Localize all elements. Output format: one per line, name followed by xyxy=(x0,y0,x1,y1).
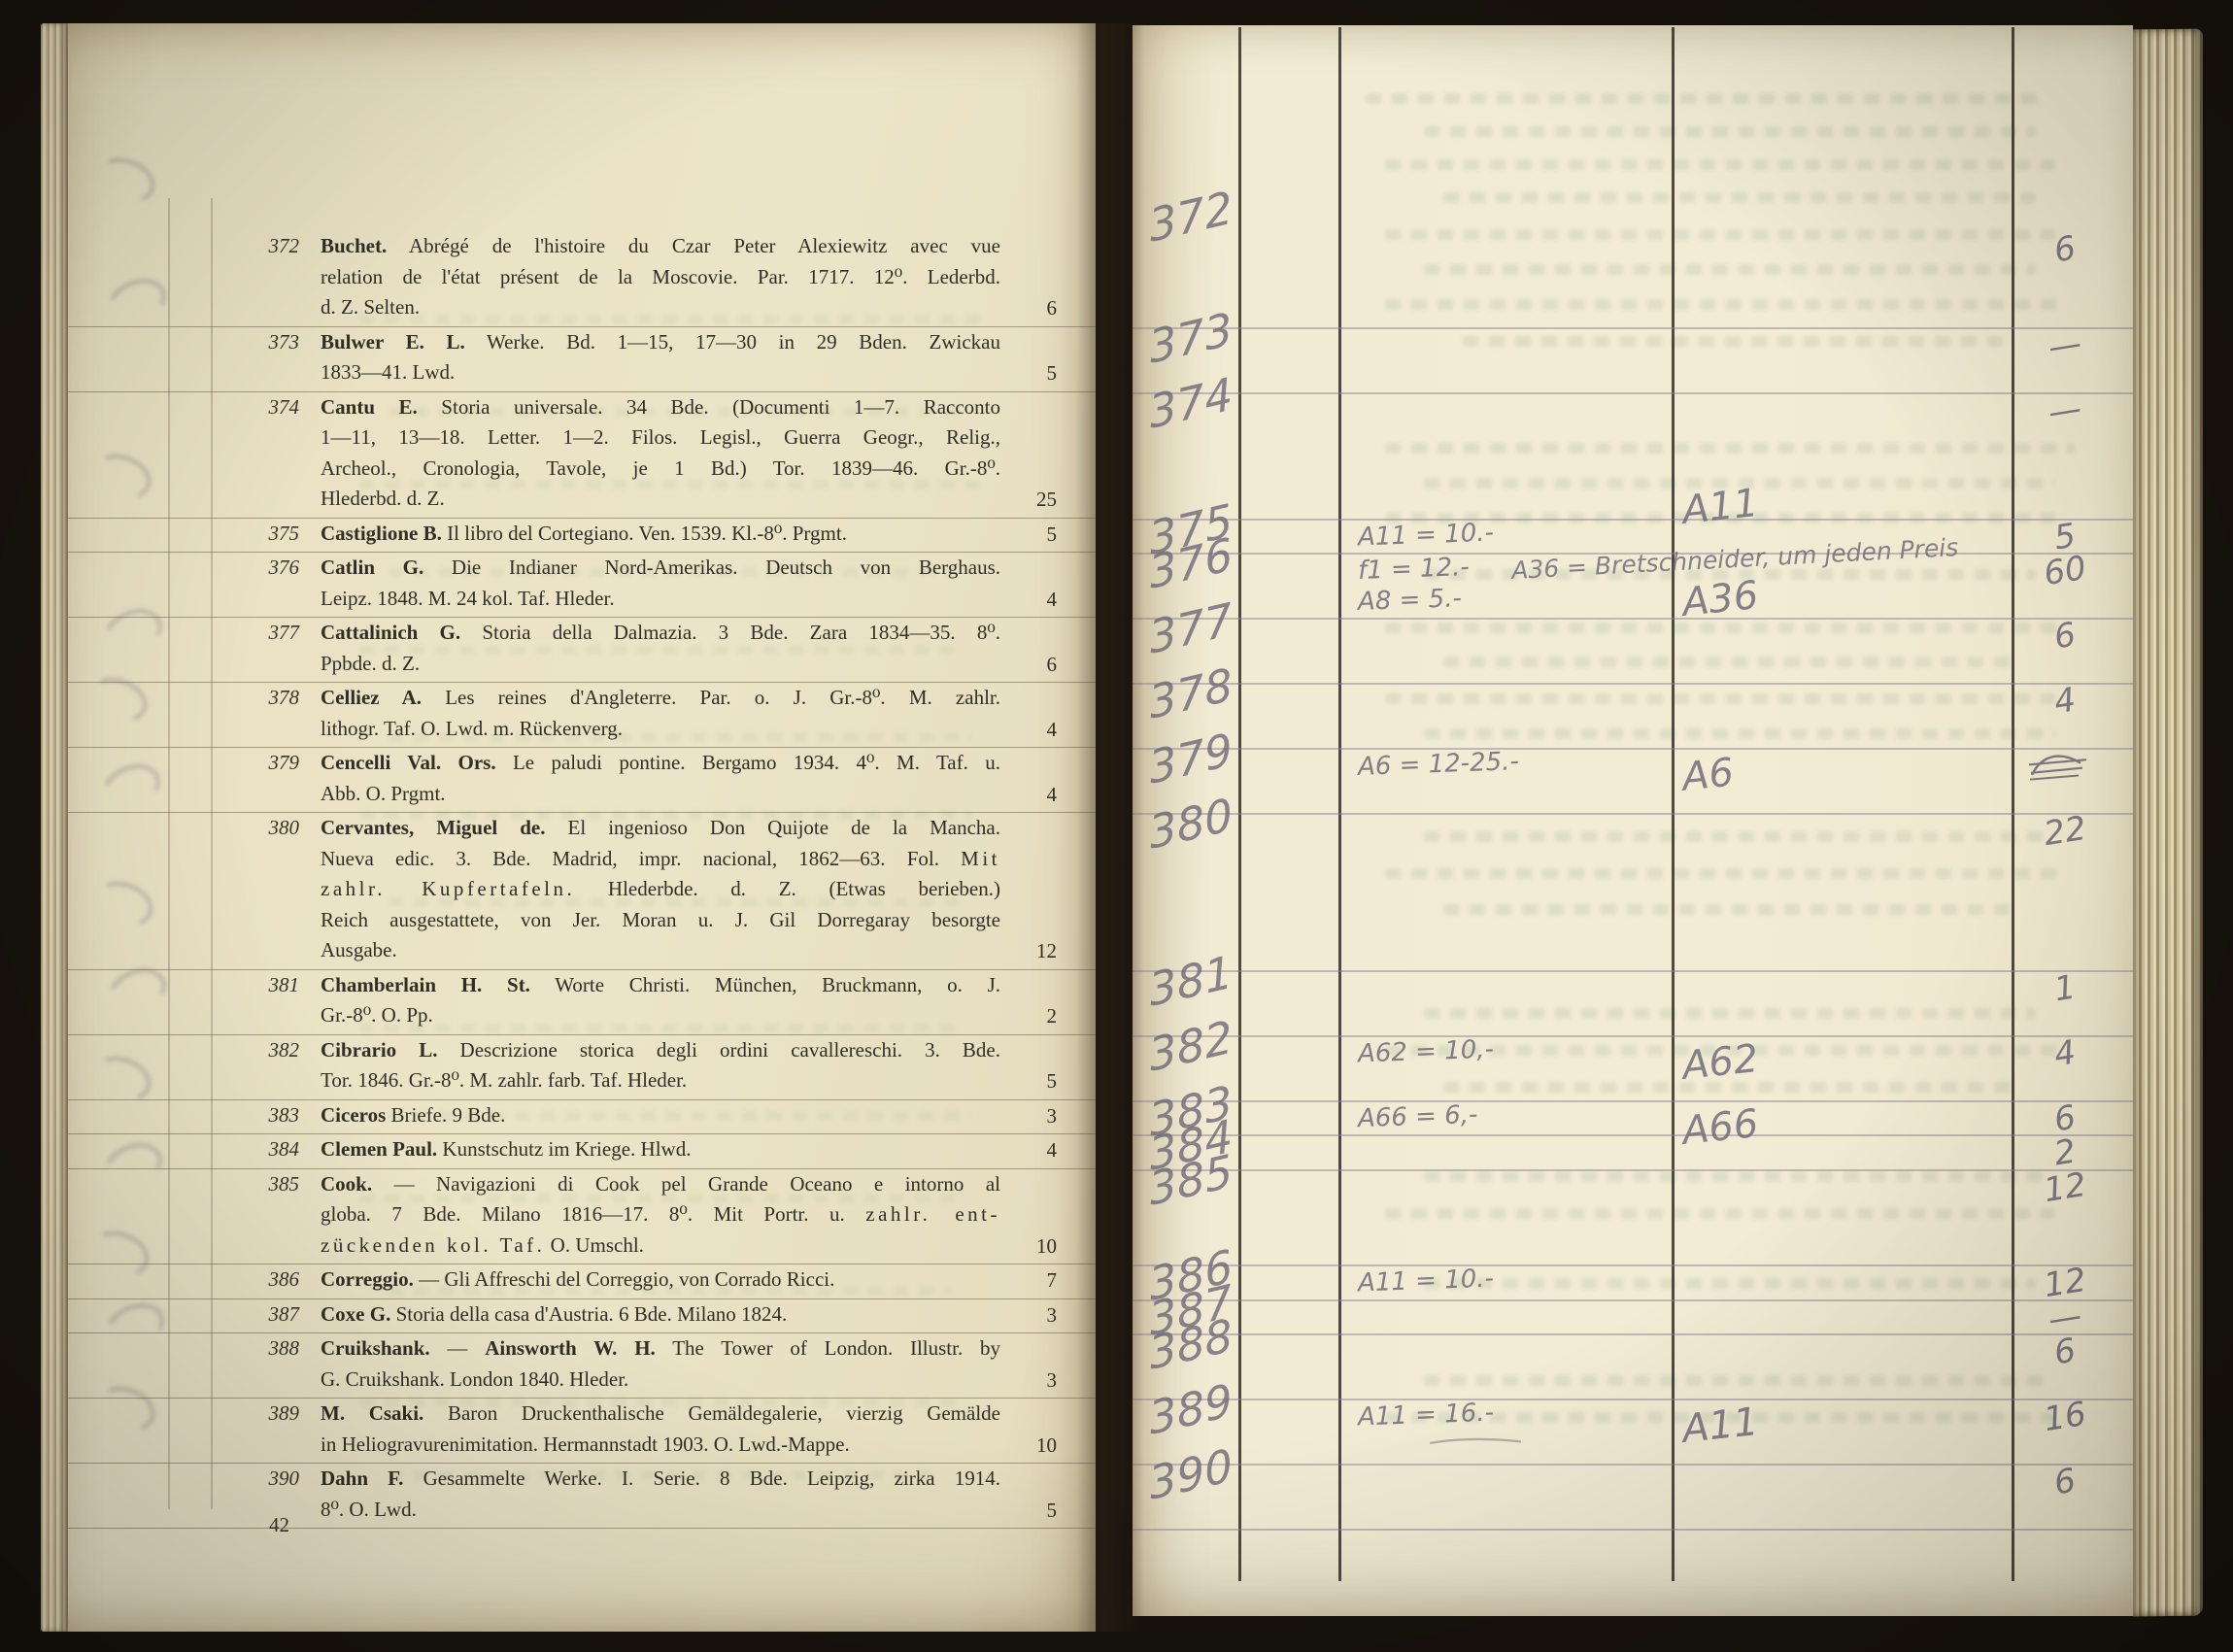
ledger-row: 3726 xyxy=(1133,233,2133,329)
entry-number: 374 xyxy=(68,392,321,518)
entry-text-line: Castiglione B. Il libro del Cortegiano. … xyxy=(321,519,1000,550)
entry-text-line: in Heliogravurenimitation. Hermannstadt … xyxy=(321,1430,1000,1461)
entry-text-segment: Le paludi pontine. Bergamo 1934. 4⁰. M. … xyxy=(496,751,1000,774)
catalog-entry: 379Cencelli Val. Ors. Le paludi pontine.… xyxy=(68,748,1096,813)
entry-text-line: 8⁰. O. Lwd. xyxy=(321,1495,1000,1526)
entry-text-segment: Ppbde. d. Z. xyxy=(321,652,420,675)
ledger-row: 38916A11 = 16.-A11 xyxy=(1133,1400,2133,1466)
entry-price: 6 xyxy=(1000,293,1057,326)
entry-number: 386 xyxy=(68,1264,321,1298)
catalog-entries: 372Buchet. Abrégé de l'histoire du Czar … xyxy=(68,231,1096,1529)
entry-text-line: Correggio. — Gli Affreschi del Correggio… xyxy=(321,1264,1000,1296)
entry-text-segment: O. Umschl. xyxy=(545,1233,644,1257)
right-page-stack-edge xyxy=(2133,29,2203,1617)
entry-text: Clemen Paul. Kunstschutz im Kriege. Hlwd… xyxy=(321,1134,1000,1168)
entry-text-line: Cattalinich G. Storia della Dalmazia. 3 … xyxy=(321,618,1000,649)
entry-price: 5 xyxy=(1000,358,1057,391)
catalog-entry: 383Ciceros Briefe. 9 Bde.3 xyxy=(68,1100,1096,1135)
entry-text-line: M. Csaki. Baron Druckenthalische Gemälde… xyxy=(321,1399,1000,1430)
entry-author: Cattalinich G. xyxy=(321,621,460,644)
entry-text: Celliez A. Les reines d'Angleterre. Par.… xyxy=(321,683,1000,747)
entry-text-line: G. Cruikshank. London 1840. Hleder. xyxy=(321,1365,1000,1396)
catalog-entry: 373Bulwer E. L. Werke. Bd. 1—15, 17—30 i… xyxy=(68,327,1096,392)
entry-price: 10 xyxy=(1000,1231,1057,1264)
entry-text-line: Cruikshank. — Ainsworth W. H. The Tower … xyxy=(321,1333,1000,1365)
catalog-entry: 388Cruikshank. — Ainsworth W. H. The Tow… xyxy=(68,1333,1096,1399)
bleed-through-text-line xyxy=(1424,126,2036,137)
catalog-entry: 386Correggio. — Gli Affreschi del Correg… xyxy=(68,1264,1096,1299)
entry-text-line: Reich ausgestattete, von Jer. Moran u. J… xyxy=(321,905,1000,936)
entry-price: 3 xyxy=(1000,1365,1057,1399)
catalog-entry: 372Buchet. Abrégé de l'histoire du Czar … xyxy=(68,231,1096,327)
entry-text: Cruikshank. — Ainsworth W. H. The Tower … xyxy=(321,1333,1000,1398)
entry-text-segment: Worte Christi. München, Bruckmann, o. J. xyxy=(530,973,1000,996)
entry-text-segment: d. Z. Selten. xyxy=(321,295,420,319)
handwritten-note: A8 = 5.- xyxy=(1358,586,1463,615)
entry-text-segment: Reich ausgestattete, von Jer. Moran u. J… xyxy=(321,908,1000,931)
entry-text-segment: Storia della Dalmazia. 3 Bde. Zara 1834—… xyxy=(460,621,1000,644)
bleed-through-mark xyxy=(90,151,161,210)
handwritten-entry-number: 372 xyxy=(1147,185,1235,249)
entry-author: Celliez A. xyxy=(321,686,422,709)
entry-text-line: Tor. 1846. Gr.-8⁰. M. zahlr. farb. Taf. … xyxy=(321,1065,1000,1096)
entry-text-segment: Archeol., Cronologia, Tavole, je 1 Bd.) … xyxy=(321,456,1000,480)
entry-text-segment: — Gli Affreschi del Correggio, von Corra… xyxy=(414,1267,835,1291)
entry-number: 387 xyxy=(68,1299,321,1333)
entry-text: Castiglione B. Il libro del Cortegiano. … xyxy=(321,519,1000,553)
entry-text: Dahn F. Gesammelte Werke. I. Serie. 8 Bd… xyxy=(321,1464,1000,1528)
entry-author: Cervantes, Miguel de. xyxy=(321,816,546,839)
entry-number: 384 xyxy=(68,1134,321,1168)
entry-text-line: zahlr. Kupfertafeln. Hlederbde. d. Z. (E… xyxy=(321,874,1000,905)
entry-author: Buchet. xyxy=(321,234,387,257)
ledger-row: 3842 xyxy=(1133,1136,2133,1171)
entry-text-line: Cantu E. Storia universale. 34 Bde. (Doc… xyxy=(321,392,1000,423)
catalog-entry: 376Catlin G. Die Indianer Nord-Amerikas.… xyxy=(68,553,1096,618)
entry-text-line: Nueva edic. 3. Bde. Madrid, impr. nacion… xyxy=(321,844,1000,875)
handwritten-lot-mark: A66 xyxy=(1680,1104,1760,1151)
entry-price: 5 xyxy=(1000,1496,1057,1529)
entry-text-line: 1833—41. Lwd. xyxy=(321,357,1000,388)
entry-text-line: Hlederbd. d. Z. xyxy=(321,484,1000,515)
entry-text-line: Cibrario L. Descrizione storica degli or… xyxy=(321,1035,1000,1066)
ledger-row: 387— xyxy=(1133,1301,2133,1336)
entry-price: 10 xyxy=(1000,1431,1057,1464)
catalog-entry: 374Cantu E. Storia universale. 34 Bde. (… xyxy=(68,392,1096,519)
entry-text-segment: globa. 7 Bde. Milano 1816—17. 8⁰. Mit Po… xyxy=(321,1202,865,1226)
entry-number: 383 xyxy=(68,1100,321,1134)
page-number: 42 xyxy=(269,1513,289,1537)
catalog-entry: 378Celliez A. Les reines d'Angleterre. P… xyxy=(68,683,1096,748)
entry-number: 375 xyxy=(68,519,321,553)
entry-text-line: d. Z. Selten. xyxy=(321,292,1000,323)
entry-number: 377 xyxy=(68,618,321,682)
handwritten-note: A11 = 10.- xyxy=(1358,1266,1495,1297)
entry-text: Cook. — Navigazioni di Cook pel Grande O… xyxy=(321,1169,1000,1264)
entry-text-segment: The Tower of London. Illustr. by xyxy=(656,1336,1000,1360)
entry-author: Cencelli Val. Ors. xyxy=(321,751,496,774)
entry-text-segment: Tor. 1846. Gr.-8⁰. M. zahlr. farb. Taf. … xyxy=(321,1068,687,1092)
entry-text-line: 1—11, 13—18. Letter. 1—2. Filos. Legisl.… xyxy=(321,422,1000,454)
entry-author: Dahn F. xyxy=(321,1467,403,1490)
ledger-row: 3784 xyxy=(1133,685,2133,750)
entry-text-line: Coxe G. Storia della casa d'Austria. 6 B… xyxy=(321,1299,1000,1331)
ledger-row: 3824A62 = 10,-A62 xyxy=(1133,1037,2133,1102)
entry-price: 5 xyxy=(1000,520,1057,553)
entry-text-segment: Ausgabe. xyxy=(321,938,397,961)
entry-text-line: Cencelli Val. Ors. Le paludi pontine. Be… xyxy=(321,748,1000,779)
entry-text-segment: Storia della casa d'Austria. 6 Bde. Mila… xyxy=(390,1302,787,1326)
entry-text-segment: — xyxy=(430,1336,486,1360)
catalog-entry: 385Cook. — Navigazioni di Cook pel Grand… xyxy=(68,1169,1096,1265)
catalog-entry: 389M. Csaki. Baron Druckenthalische Gemä… xyxy=(68,1399,1096,1464)
entry-text-line: Leipz. 1848. M. 24 kol. Taf. Hleder. xyxy=(321,584,1000,615)
ledger-row: 38512 xyxy=(1133,1171,2133,1267)
entry-text: Correggio. — Gli Affreschi del Correggio… xyxy=(321,1264,1000,1298)
entry-text-line: Gr.-8⁰. O. Pp. xyxy=(321,1000,1000,1031)
entry-number: 376 xyxy=(68,553,321,617)
entry-text-segment: Gesammelte Werke. I. Serie. 8 Bde. Leipz… xyxy=(403,1467,1000,1490)
ledger-page-right: 3726373—374—3755A11 = 10.-A1137660f1 = 1… xyxy=(1133,25,2133,1616)
entry-text-segment: Leipz. 1848. M. 24 kol. Taf. Hleder. xyxy=(321,587,615,610)
entry-text-segment: 1—11, 13—18. Letter. 1—2. Filos. Legisl.… xyxy=(321,425,1000,449)
handwritten-lot-mark: A36 xyxy=(1680,576,1760,623)
handwritten-note: A6 = 12-25.- xyxy=(1358,749,1520,780)
entry-author: M. Csaki. xyxy=(321,1401,423,1425)
ledger-row: 373— xyxy=(1133,329,2133,394)
entry-text: Cervantes, Miguel de. El ingenioso Don Q… xyxy=(321,813,1000,969)
handwritten-lot-mark: A11 xyxy=(1680,484,1760,530)
entry-text: Coxe G. Storia della casa d'Austria. 6 B… xyxy=(321,1299,1000,1333)
entry-number: 389 xyxy=(68,1399,321,1463)
entry-author: Bulwer E. L. xyxy=(321,330,465,354)
entry-price: 6 xyxy=(1000,650,1057,683)
entry-text-segment: zückenden kol. Taf. xyxy=(321,1233,545,1257)
handwritten-note: A62 = 10,- xyxy=(1358,1036,1495,1066)
entry-number: 379 xyxy=(68,748,321,812)
entry-price: 4 xyxy=(1000,1135,1057,1168)
entry-text-segment: Mit xyxy=(961,847,1000,870)
entry-text-line: relation de l'état présent de la Moscovi… xyxy=(321,262,1000,293)
entry-author: Chamberlain H. St. xyxy=(321,973,530,996)
entry-text: Bulwer E. L. Werke. Bd. 1—15, 17—30 in 2… xyxy=(321,327,1000,391)
ledger-row: 3906 xyxy=(1133,1466,2133,1531)
entry-text-line: globa. 7 Bde. Milano 1816—17. 8⁰. Mit Po… xyxy=(321,1199,1000,1231)
entry-price: 4 xyxy=(1000,715,1057,748)
entry-number: 382 xyxy=(68,1035,321,1099)
ledger-row: 37660f1 = 12.-A8 = 5.-A36 = Bretschneide… xyxy=(1133,555,2133,620)
ledger-row: 3776 xyxy=(1133,620,2133,685)
entry-text-line: zückenden kol. Taf. O. Umschl. xyxy=(321,1231,1000,1262)
entry-text-segment: Descrizione storica degli ordini cavalle… xyxy=(437,1038,1000,1062)
entry-text-line: Cook. — Navigazioni di Cook pel Grande O… xyxy=(321,1169,1000,1200)
entry-price: 2 xyxy=(1000,1001,1057,1034)
entry-text-line: Chamberlain H. St. Worte Christi. Münche… xyxy=(321,970,1000,1001)
entry-author: Catlin G. xyxy=(321,556,423,579)
entry-text-segment: Hlederbde. d. Z. (Etwas berieben.) xyxy=(575,877,1000,900)
ledger-row: 3886 xyxy=(1133,1335,2133,1400)
entry-author: Cook. xyxy=(321,1172,372,1196)
entry-price: 3 xyxy=(1000,1101,1057,1134)
ledger-row: 3811 xyxy=(1133,972,2133,1037)
entry-number: 388 xyxy=(68,1333,321,1398)
entry-author: Coxe G. xyxy=(321,1302,390,1326)
handwritten-value: 6 xyxy=(2005,224,2125,275)
entry-number: 373 xyxy=(68,327,321,391)
entry-text: Cantu E. Storia universale. 34 Bde. (Doc… xyxy=(321,392,1000,518)
bleed-through-text-line xyxy=(1385,159,2055,170)
entry-text-segment: Abrégé de l'histoire du Czar Peter Alexi… xyxy=(387,234,1000,257)
crossed-out-value xyxy=(2026,750,2090,788)
entry-text-line: Celliez A. Les reines d'Angleterre. Par.… xyxy=(321,683,1000,714)
entry-price: 3 xyxy=(1000,1300,1057,1333)
entry-author: Ciceros xyxy=(321,1103,386,1127)
entry-text-line: Ppbde. d. Z. xyxy=(321,649,1000,680)
catalog-entry: 382Cibrario L. Descrizione storica degli… xyxy=(68,1035,1096,1100)
entry-price: 5 xyxy=(1000,1066,1057,1099)
entry-text-line: Buchet. Abrégé de l'histoire du Czar Pet… xyxy=(321,231,1000,262)
entry-author: Correggio. xyxy=(321,1267,414,1291)
handwritten-note: A66 = 6,- xyxy=(1358,1101,1478,1130)
entry-number: 381 xyxy=(68,970,321,1034)
entry-text-line: Catlin G. Die Indianer Nord-Amerikas. De… xyxy=(321,553,1000,584)
entry-author: Cantu E. xyxy=(321,395,418,419)
entry-text-segment: Werke. Bd. 1—15, 17—30 in 29 Bden. Zwick… xyxy=(465,330,1000,354)
entry-text-line: Bulwer E. L. Werke. Bd. 1—15, 17—30 in 2… xyxy=(321,327,1000,358)
entry-text-segment: — Navigazioni di Cook pel Grande Oceano … xyxy=(372,1172,1000,1196)
entry-text-segment: Abb. O. Prgmt. xyxy=(321,782,446,805)
entry-text-segment: lithogr. Taf. O. Lwd. m. Rückenverg. xyxy=(321,717,623,740)
ledger-rows: 3726373—374—3755A11 = 10.-A1137660f1 = 1… xyxy=(1133,233,2133,1531)
entry-text-line: Clemen Paul. Kunstschutz im Kriege. Hlwd… xyxy=(321,1134,1000,1165)
catalog-page-left: 372Buchet. Abrégé de l'histoire du Czar … xyxy=(68,23,1096,1632)
entry-text: Cibrario L. Descrizione storica degli or… xyxy=(321,1035,1000,1099)
ledger-row: 379 A6 = 12-25.-A6 xyxy=(1133,750,2133,815)
entry-price: 7 xyxy=(1000,1265,1057,1298)
entry-text: Cencelli Val. Ors. Le paludi pontine. Be… xyxy=(321,748,1000,812)
entry-text-line: Ausgabe. xyxy=(321,935,1000,966)
entry-text-segment: Storia universale. 34 Bde. (Documenti 1—… xyxy=(418,395,1000,419)
ledger-row: 38022 xyxy=(1133,815,2133,972)
left-page-stack-edge xyxy=(41,23,68,1632)
handwritten-lot-mark: A6 xyxy=(1680,753,1736,796)
entry-text: Chamberlain H. St. Worte Christi. Münche… xyxy=(321,970,1000,1034)
entry-text-line: lithogr. Taf. O. Lwd. m. Rückenverg. xyxy=(321,714,1000,745)
entry-text-segment: G. Cruikshank. London 1840. Hleder. xyxy=(321,1367,628,1391)
ledger-row: 374— xyxy=(1133,394,2133,521)
entry-text-line: Dahn F. Gesammelte Werke. I. Serie. 8 Bd… xyxy=(321,1464,1000,1495)
entry-price: 12 xyxy=(1000,936,1057,969)
catalog-entry: 375Castiglione B. Il libro del Cortegian… xyxy=(68,519,1096,554)
entry-text-line: Abb. O. Prgmt. xyxy=(321,779,1000,810)
entry-text: Catlin G. Die Indianer Nord-Amerikas. De… xyxy=(321,553,1000,617)
catalog-entry: 381Chamberlain H. St. Worte Christi. Mün… xyxy=(68,970,1096,1035)
entry-text-segment: Baron Druckenthalische Gemäldegalerie, v… xyxy=(423,1401,1000,1425)
handwritten-note: A11 = 10.- xyxy=(1358,520,1495,550)
bleed-through-text-line xyxy=(1366,93,2046,104)
entry-text-segment: Gr.-8⁰. O. Pp. xyxy=(321,1003,433,1027)
entry-author: Ainsworth W. H. xyxy=(485,1336,656,1360)
handwritten-note: A11 = 16.- xyxy=(1358,1400,1495,1431)
entry-text-line: Archeol., Cronologia, Tavole, je 1 Bd.) … xyxy=(321,454,1000,485)
ledger-row: 38612A11 = 10.- xyxy=(1133,1266,2133,1301)
handwritten-lot-mark: A62 xyxy=(1680,1039,1760,1086)
entry-text-segment: Nueva edic. 3. Bde. Madrid, impr. nacion… xyxy=(321,847,961,870)
handwritten-note: f1 = 12.- xyxy=(1358,555,1471,584)
entry-text-segment: 8⁰. O. Lwd. xyxy=(321,1498,417,1521)
entry-text: Ciceros Briefe. 9 Bde. xyxy=(321,1100,1000,1134)
entry-price: 25 xyxy=(1000,485,1057,518)
catalog-entry: 384Clemen Paul. Kunstschutz im Kriege. H… xyxy=(68,1134,1096,1169)
entry-text-segment: Hlederbd. d. Z. xyxy=(321,487,445,510)
entry-text-segment: El ingenioso Don Quijote de la Mancha. xyxy=(546,816,1001,839)
entry-text-segment: Les reines d'Angleterre. Par. o. J. Gr.-… xyxy=(422,686,1000,709)
entry-text-segment: Die Indianer Nord-Amerikas. Deutsch von … xyxy=(423,556,1000,579)
entry-text-segment: 1833—41. Lwd. xyxy=(321,360,455,384)
entry-author: Cibrario L. xyxy=(321,1038,437,1062)
catalog-entry: 380Cervantes, Miguel de. El ingenioso Do… xyxy=(68,813,1096,970)
entry-text-segment: Il libro del Cortegiano. Ven. 1539. Kl.-… xyxy=(442,522,847,545)
entry-text: M. Csaki. Baron Druckenthalische Gemälde… xyxy=(321,1399,1000,1463)
entry-number: 372 xyxy=(68,231,321,326)
entry-text-segment: zahlr. Kupfertafeln. xyxy=(321,877,575,900)
entry-text-segment: Briefe. 9 Bde. xyxy=(386,1103,505,1127)
entry-text-line: Ciceros Briefe. 9 Bde. xyxy=(321,1100,1000,1131)
small-scribble xyxy=(1424,1435,1531,1456)
entry-number: 378 xyxy=(68,683,321,747)
entry-number: 380 xyxy=(68,813,321,969)
entry-text: Buchet. Abrégé de l'histoire du Czar Pet… xyxy=(321,231,1000,326)
entry-text-segment: zahlr. ent- xyxy=(865,1202,1000,1226)
ledger-row: 3836A66 = 6,-A66 xyxy=(1133,1102,2133,1137)
catalog-entry: 377Cattalinich G. Storia della Dalmazia.… xyxy=(68,618,1096,683)
entry-author: Cruikshank. xyxy=(321,1336,430,1360)
entry-price: 4 xyxy=(1000,585,1057,618)
entry-price: 4 xyxy=(1000,780,1057,813)
entry-text: Cattalinich G. Storia della Dalmazia. 3 … xyxy=(321,618,1000,682)
catalog-entry: 387Coxe G. Storia della casa d'Austria. … xyxy=(68,1299,1096,1334)
entry-text-segment: Kunstschutz im Kriege. Hlwd. xyxy=(437,1137,691,1161)
entry-number: 385 xyxy=(68,1169,321,1264)
entry-text-segment: relation de l'état présent de la Moscovi… xyxy=(321,265,1000,288)
entry-text-line: Cervantes, Miguel de. El ingenioso Don Q… xyxy=(321,813,1000,844)
entry-author: Clemen Paul. xyxy=(321,1137,437,1161)
entry-author: Castiglione B. xyxy=(321,522,442,545)
bleed-through-text-line xyxy=(1443,192,2036,203)
handwritten-lot-mark: A11 xyxy=(1680,1402,1760,1449)
entry-text-segment: in Heliogravurenimitation. Hermannstadt … xyxy=(321,1433,850,1456)
catalog-entry: 390Dahn F. Gesammelte Werke. I. Serie. 8… xyxy=(68,1464,1096,1529)
